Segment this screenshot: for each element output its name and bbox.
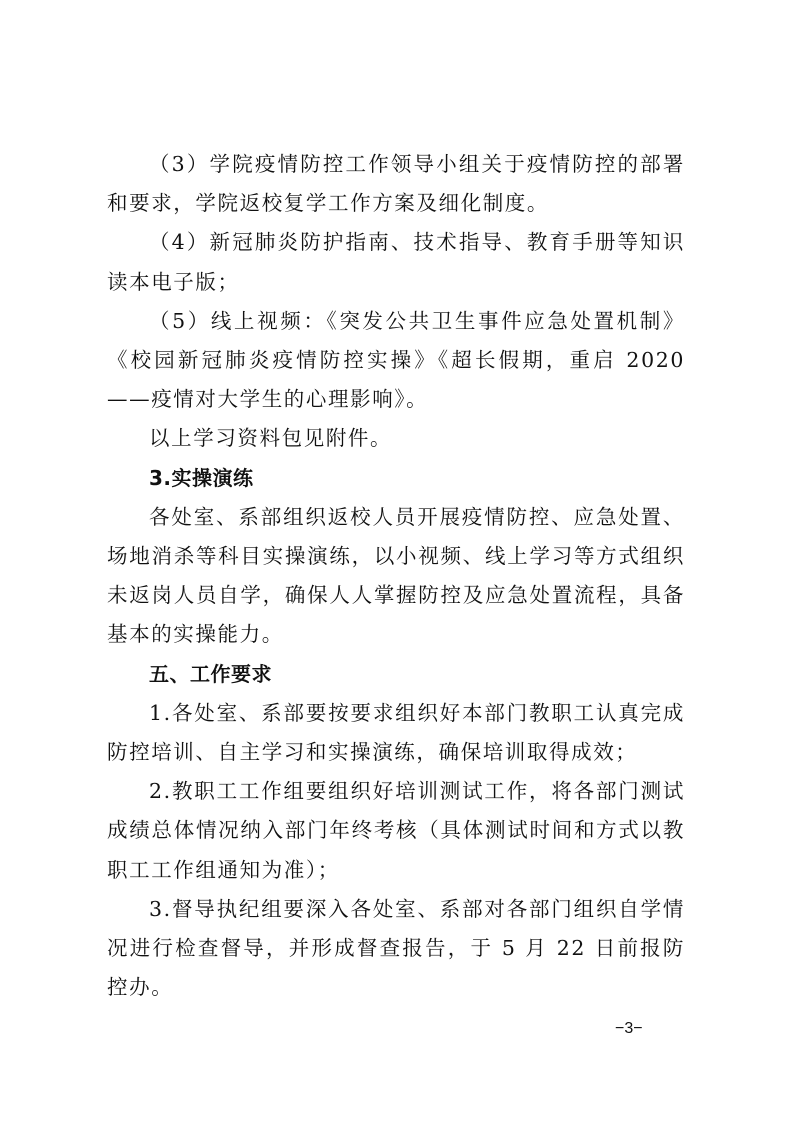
paragraph-item-5: （5）线上视频：《突发公共卫生事件应急处置机制》《校园新冠肺炎疫情防控实操》《超… xyxy=(107,302,685,420)
paragraph-item-3: （3）学院疫情防控工作领导小组关于疫情防控的部署和要求，学院返校复学工作方案及细… xyxy=(107,145,685,223)
section-heading-work-requirements: 五、工作要求 xyxy=(107,655,685,694)
paragraph-attachment-note: 以上学习资料包见附件。 xyxy=(107,419,685,458)
paragraph-requirement-1: 1.各处室、系部要按要求组织好本部门教职工认真完成防控培训、自主学习和实操演练，… xyxy=(107,694,685,772)
paragraph-practical-drill: 各处室、系部组织返校人员开展疫情防控、应急处置、场地消杀等科目实操演练，以小视频… xyxy=(107,498,685,655)
paragraph-item-4: （4）新冠肺炎防护指南、技术指导、教育手册等知识读本电子版； xyxy=(107,223,685,301)
paragraph-requirement-3: 3.督导执纪组要深入各处室、系部对各部门组织自学情况进行检查督导，并形成督查报告… xyxy=(107,890,685,1008)
paragraph-requirement-2: 2.教职工工作组要组织好培训测试工作，将各部门测试成绩总体情况纳入部门年终考核（… xyxy=(107,772,685,890)
page-number: −3− xyxy=(615,1020,643,1038)
document-page: （3）学院疫情防控工作领导小组关于疫情防控的部署和要求，学院返校复学工作方案及细… xyxy=(0,0,793,1122)
document-body: （3）学院疫情防控工作领导小组关于疫情防控的部署和要求，学院返校复学工作方案及细… xyxy=(107,145,685,1007)
section-heading-practical-drill: 3.实操演练 xyxy=(107,459,685,498)
